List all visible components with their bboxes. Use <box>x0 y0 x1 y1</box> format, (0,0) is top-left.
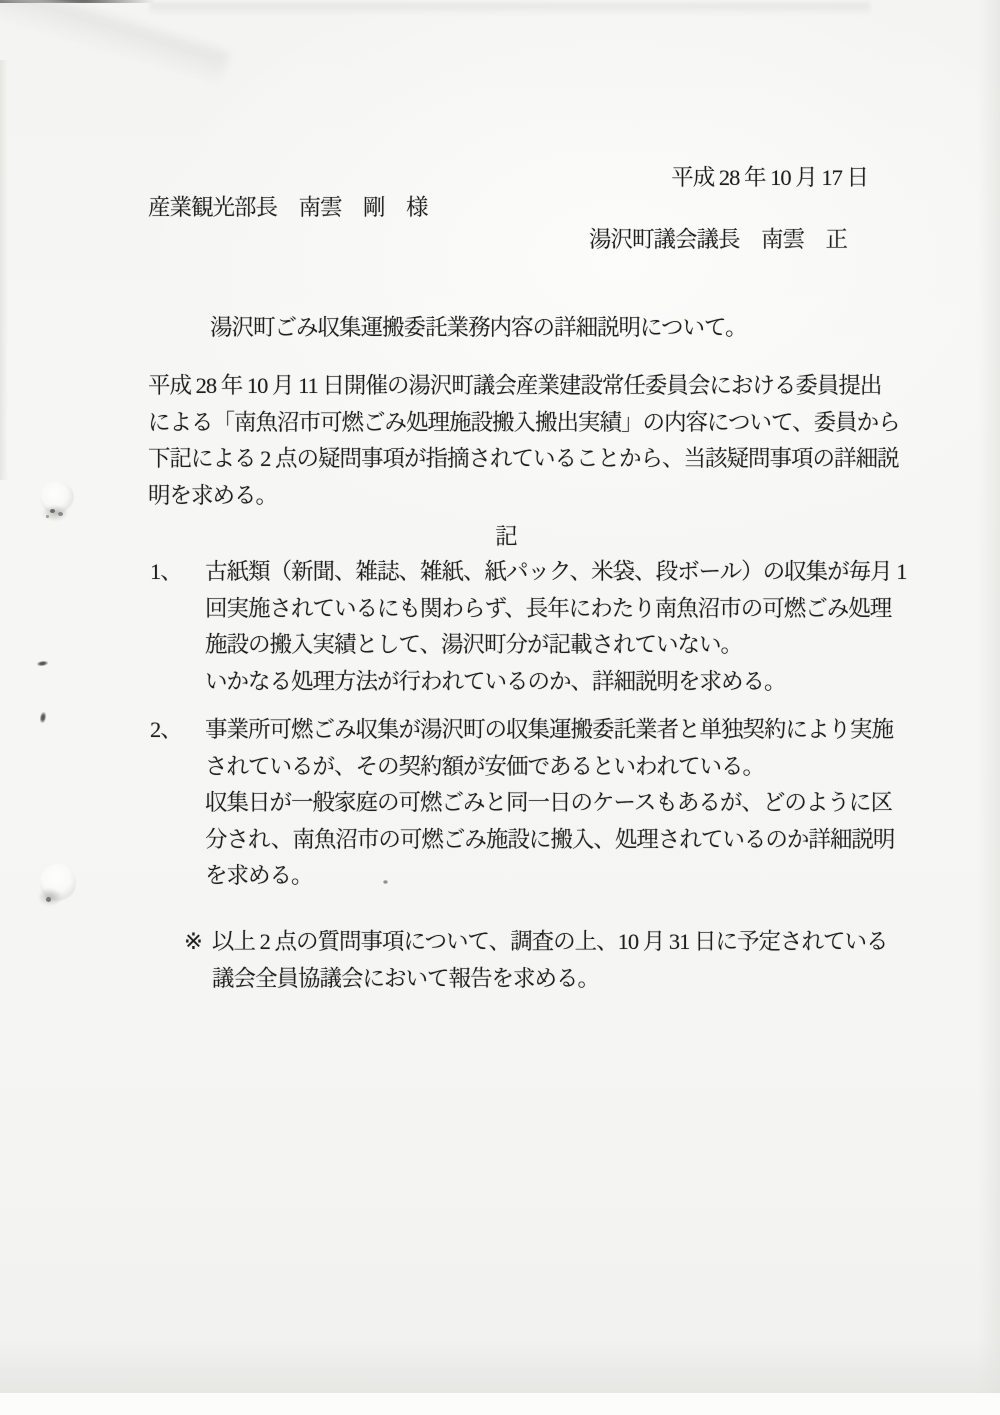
item-line: 古紙類（新聞、雑誌、雑紙、紙パック、米袋、段ボール）の収集が毎月 1 <box>205 554 1000 591</box>
scanner-bottom-strip <box>0 1393 1000 1415</box>
body-paragraph: 平成 28 年 10 月 11 日開催の湯沢町議会産業建設常任委員会における委員… <box>148 368 900 514</box>
scan-blob-1-speck <box>46 515 49 518</box>
item-line: 施設の搬入実績として、湯沢町分が記載されていない。 <box>205 627 1000 664</box>
body-line: 下記による 2 点の疑問事項が指摘されていることから、当該疑問事項の詳細説 <box>148 441 900 478</box>
body-line: 明を求める。 <box>148 478 900 515</box>
scan-top-smudge <box>150 3 870 15</box>
addressee-line: 産業観光部長 南雲 剛 様 <box>148 190 428 227</box>
record-heading: 記 <box>148 519 864 556</box>
subject-title: 湯沢町ごみ収集運搬委託業務内容の詳細説明について。 <box>210 310 747 347</box>
paper-bottom-texture <box>0 1340 1000 1393</box>
scan-blob-1-speck <box>50 509 55 513</box>
scan-blob-2-speck <box>46 897 51 902</box>
item-line: されているが、その契約額が安価であるといわれている。 <box>205 749 1000 786</box>
item-line: 分され、南魚沼市の可燃ごみ施設に搬入、処理されているのか詳細説明 <box>205 822 1000 859</box>
item-line: を求める。 <box>205 858 1000 895</box>
question-item-1: 1、 古紙類（新聞、雑誌、雑紙、紙パック、米袋、段ボール）の収集が毎月 1 回実… <box>0 554 1000 700</box>
footnote-line: 以上 2 点の質問事項について、調査の上、10 月 31 日に予定されている <box>212 924 1000 961</box>
scan-blob-1-speck <box>58 512 63 516</box>
item-line: 収集日が一般家庭の可燃ごみと同一日のケースもあるが、どのように区 <box>205 785 1000 822</box>
item-line: 回実施されているにも関わらず、長年にわたり南魚沼市の可燃ごみ処理 <box>205 591 1000 628</box>
paper-left-edge-shade <box>0 60 8 480</box>
footnote: ※ 以上 2 点の質問事項について、調査の上、10 月 31 日に予定されている… <box>0 924 1000 997</box>
item-line: いかなる処理方法が行われているのか、詳細説明を求める。 <box>205 664 1000 701</box>
reference-mark-icon: ※ <box>184 924 202 961</box>
body-line: 平成 28 年 10 月 11 日開催の湯沢町議会産業建設常任委員会における委員… <box>148 368 900 405</box>
item-line: 事業所可燃ごみ収集が湯沢町の収集運搬委託業者と単独契約により実施 <box>205 712 1000 749</box>
scan-blob-1-shadow <box>42 505 68 521</box>
item-number: 1、 <box>150 554 182 591</box>
scanned-letter-page: 平成 28 年 10 月 17 日 産業観光部長 南雲 剛 様 湯沢町議会議長 … <box>0 0 1000 1415</box>
question-item-2: 2、 事業所可燃ごみ収集が湯沢町の収集運搬委託業者と単独契約により実施 されてい… <box>0 712 1000 895</box>
item-number: 2、 <box>150 712 182 749</box>
body-line: による「南魚沼市可燃ごみ処理施設搬入搬出実績」の内容について、委員から <box>148 405 900 442</box>
footnote-line: 議会全員協議会において報告を求める。 <box>212 961 1000 998</box>
date-line: 平成 28 年 10 月 17 日 <box>671 160 868 197</box>
sender-line: 湯沢町議会議長 南雲 正 <box>589 222 847 259</box>
